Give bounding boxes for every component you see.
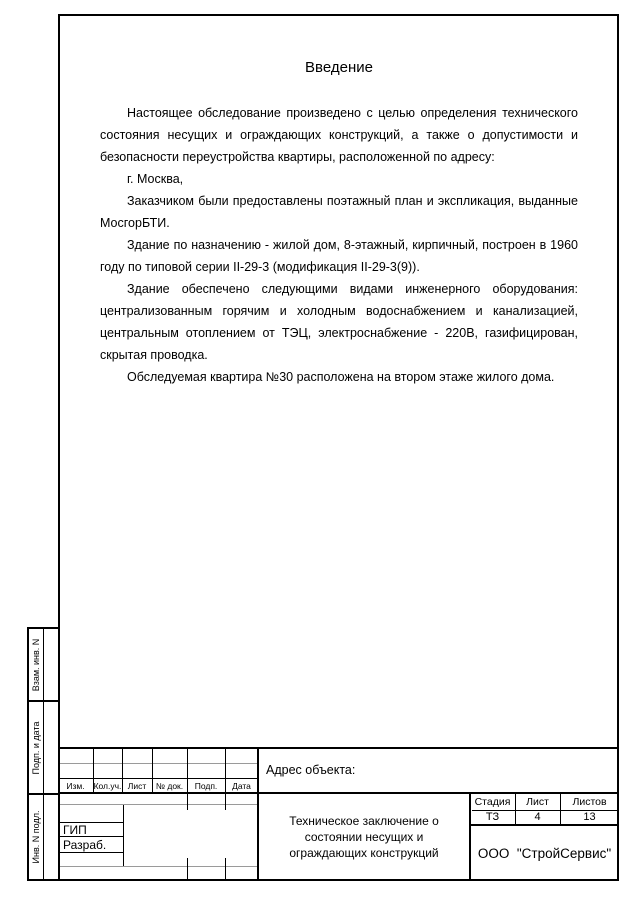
margin-cell-blank — [44, 702, 58, 793]
revision-col-data: Дата — [225, 778, 258, 793]
revision-col-list: Лист — [122, 778, 152, 793]
revision-col-ndok: № док. — [152, 778, 187, 793]
divider-tick — [225, 858, 226, 881]
divider-line — [60, 804, 257, 805]
role-gip: ГИП — [63, 823, 87, 837]
stage-values-row: ТЗ 4 13 — [470, 810, 619, 824]
revision-col-koluch: Кол.уч. — [93, 778, 122, 793]
margin-cell-podp-data: Подп. и дата — [29, 700, 58, 793]
paragraph: Здание обеспечено следующими видами инже… — [100, 278, 578, 366]
stage-col-listov: Листов — [560, 793, 619, 810]
document-body: Введение Настоящее обследование произвед… — [100, 60, 578, 388]
page-title: Введение — [100, 60, 578, 76]
paragraph: Настоящее обследование произведено с цел… — [100, 102, 578, 168]
margin-cell-label: Подп. и дата — [29, 702, 44, 793]
divider-line — [60, 852, 124, 853]
divider-tick — [187, 794, 188, 810]
divider-line — [60, 866, 257, 867]
rotated-label: Подп. и дата — [31, 721, 41, 774]
doc-title-line: ограждающих конструкций — [289, 845, 438, 861]
company-name: ООО "СтройСервис" — [470, 826, 619, 880]
margin-cell-label: Инв. N подл. — [29, 795, 44, 879]
rotated-label: Взам. инв. N — [31, 638, 41, 691]
divider-line — [60, 763, 258, 764]
revision-col-izm: Изм. — [58, 778, 93, 793]
paragraph: Здание по назначению - жилой дом, 8-этаж… — [100, 234, 578, 278]
revision-header-row: Изм. Кол.уч. Лист № док. Подп. Дата — [58, 778, 258, 793]
doc-title-line: состоянии несущих и — [305, 829, 424, 845]
stage-value: ТЗ — [470, 810, 515, 824]
paragraph: Заказчиком были предоставлены поэтажный … — [100, 190, 578, 234]
document-page: Введение Настоящее обследование произвед… — [0, 0, 636, 900]
doc-title-line: Техническое заключение о — [289, 813, 439, 829]
stage-col-list: Лист — [515, 793, 560, 810]
stage-col-stadiya: Стадия — [470, 793, 515, 810]
titleblock-doc-title: Техническое заключение о состоянии несущ… — [259, 794, 469, 880]
divider-line — [123, 805, 124, 866]
divider-tick — [225, 794, 226, 810]
divider-tick — [187, 858, 188, 881]
paragraph: Обследуемая квартира №30 расположена на … — [100, 366, 578, 388]
revision-col-podp: Подп. — [187, 778, 225, 793]
sheets-total: 13 — [560, 810, 619, 824]
margin-cell-label: Взам. инв. N — [29, 629, 44, 700]
margin-cell-vzam-inv: Взам. инв. N — [29, 629, 58, 700]
left-margin-strip: Взам. инв. N Подп. и дата Инв. N подл. — [27, 627, 58, 881]
role-razrab: Разраб. — [63, 838, 106, 852]
rotated-label: Инв. N подл. — [31, 811, 41, 864]
paragraph: г. Москва, — [100, 168, 578, 190]
margin-cell-inv-podl: Инв. N подл. — [29, 793, 58, 879]
sheet-number: 4 — [515, 810, 560, 824]
margin-cell-blank — [44, 629, 58, 700]
margin-cell-blank — [44, 795, 58, 879]
stage-header-row: Стадия Лист Листов — [470, 793, 619, 810]
object-address-label: Адрес объекта: — [266, 748, 606, 792]
